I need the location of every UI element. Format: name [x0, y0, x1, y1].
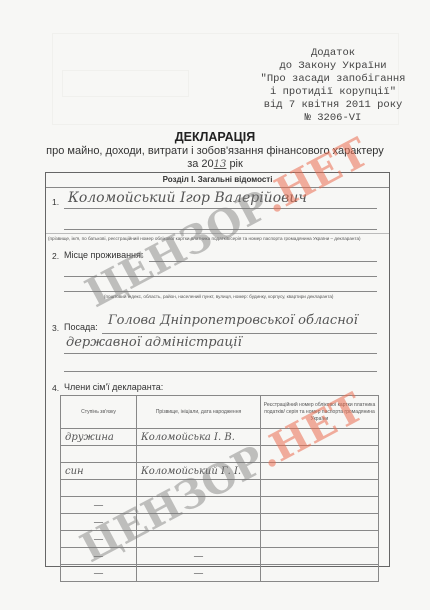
- member-id-cell: [261, 531, 379, 548]
- annex-line: Додаток: [258, 47, 408, 60]
- annex-line: від 7 квітня 2011 року: [258, 99, 408, 112]
- declarant-name-value: Коломойський Ігор Валерійович: [68, 190, 307, 206]
- year-suffix: рік: [229, 158, 242, 170]
- general-info-frame: Розділ І. Загальні відомості 1. Коломойс…: [45, 172, 390, 567]
- member-id-cell: [261, 480, 379, 497]
- show-through-box: [62, 70, 189, 97]
- position-label: Посада:: [64, 322, 98, 332]
- member-id-cell: [261, 514, 379, 531]
- position-line: [64, 353, 377, 354]
- name-hint: (прізвище, ім'я, по батькові, реєстрацій…: [48, 236, 361, 241]
- family-label: Члени сім'ї декларанта:: [64, 382, 163, 392]
- declaration-year: за 2013 рік: [0, 158, 430, 170]
- member-id-cell: [261, 565, 379, 582]
- table-row: [61, 480, 379, 497]
- relation-cell: —: [61, 548, 137, 565]
- document-title: ДЕКЛАРАЦІЯ: [0, 130, 430, 144]
- divider: [46, 233, 389, 234]
- relation-cell: —: [61, 565, 137, 582]
- field-number: 1.: [52, 197, 59, 207]
- relation-cell: —: [61, 497, 137, 514]
- relation-cell: [61, 446, 137, 463]
- member-name-cell: Коломойський Г. І.: [137, 463, 261, 480]
- relation-cell: —: [61, 531, 137, 548]
- member-id-cell: [261, 548, 379, 565]
- relation-cell: —: [61, 514, 137, 531]
- member-name-cell: —: [137, 548, 261, 565]
- relation-cell: [61, 480, 137, 497]
- annex-line: "Про засади запобігання: [258, 73, 408, 86]
- member-id-cell: [261, 463, 379, 480]
- column-header: Прізвище, ініціали, дата народження: [137, 396, 261, 429]
- residence-line: [64, 291, 377, 292]
- name-line: [64, 229, 377, 230]
- table-row: [61, 446, 379, 463]
- table-row: — —: [61, 565, 379, 582]
- member-id-cell: [261, 497, 379, 514]
- position-line: [64, 371, 377, 372]
- member-name-cell: [137, 497, 261, 514]
- law-annex-note: Додаток до Закону України "Про засади за…: [258, 47, 408, 125]
- member-id-cell: [261, 429, 379, 446]
- member-name-cell: [137, 514, 261, 531]
- residence-line: [149, 261, 377, 262]
- table-row: — —: [61, 548, 379, 565]
- residence-label: Місце проживання:: [64, 250, 143, 260]
- table-row: дружина Коломойська І. В.: [61, 429, 379, 446]
- position-value-line1: Голова Дніпропетровської обласної: [108, 313, 358, 328]
- member-name-cell: [137, 531, 261, 548]
- column-header: Реєстраційний номер облікової картки пла…: [261, 396, 379, 429]
- family-members-table: Ступінь зв'язку Прізвище, ініціали, дата…: [60, 395, 379, 582]
- member-name-cell: Коломойська І. В.: [137, 429, 261, 446]
- table-header-row: Ступінь зв'язку Прізвище, ініціали, дата…: [61, 396, 379, 429]
- residence-hint: (поштовий індекс, область, район, населе…: [104, 294, 333, 299]
- annex-line: і протидії корупції": [258, 86, 408, 99]
- field-number: 3.: [52, 323, 59, 333]
- table-row: —: [61, 514, 379, 531]
- position-line: [102, 333, 377, 334]
- field-number: 4.: [52, 383, 59, 393]
- section-title: Розділ І. Загальні відомості: [46, 173, 389, 188]
- table-row: —: [61, 531, 379, 548]
- table-row: син Коломойський Г. І.: [61, 463, 379, 480]
- year-handwritten: 13: [214, 159, 227, 170]
- table-row: —: [61, 497, 379, 514]
- column-header: Ступінь зв'язку: [61, 396, 137, 429]
- document-subtitle: про майно, доходи, витрати і зобов'язанн…: [0, 145, 430, 157]
- member-name-cell: —: [137, 565, 261, 582]
- relation-cell: дружина: [61, 429, 137, 446]
- name-line: [64, 208, 377, 209]
- annex-line: № 3206-VI: [258, 112, 408, 125]
- residence-line: [64, 276, 377, 277]
- member-name-cell: [137, 446, 261, 463]
- annex-line: до Закону України: [258, 60, 408, 73]
- member-name-cell: [137, 480, 261, 497]
- year-prefix: за 20: [187, 158, 213, 170]
- member-id-cell: [261, 446, 379, 463]
- position-value-line2: державної адміністрації: [66, 335, 242, 350]
- relation-cell: син: [61, 463, 137, 480]
- field-number: 2.: [52, 251, 59, 261]
